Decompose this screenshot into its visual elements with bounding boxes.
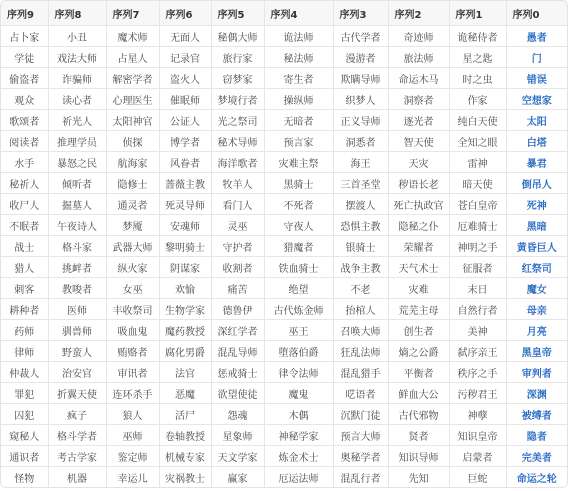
table-cell: 午夜诗人 <box>48 215 106 236</box>
table-cell: 旅法师 <box>388 47 449 68</box>
table-cell: 厄难骑士 <box>449 215 506 236</box>
sequence-0-cell: 白塔 <box>506 131 567 152</box>
table-cell: 猎魔者 <box>264 236 333 257</box>
table-cell: 罪犯 <box>1 383 48 404</box>
table-cell: 药师 <box>1 320 48 341</box>
table-cell: 窃梦家 <box>211 68 264 89</box>
table-cell: 梦境行者 <box>211 89 264 110</box>
table-cell: 贿赂者 <box>106 341 159 362</box>
table-cell: 暗天使 <box>449 173 506 194</box>
table-cell: 女巫 <box>106 278 159 299</box>
table-cell: 天灾 <box>388 152 449 173</box>
table-cell: 博学者 <box>159 131 211 152</box>
table-cell: 守夜人 <box>264 215 333 236</box>
table-cell: 寄生者 <box>264 68 333 89</box>
table-cell: 狼人 <box>106 404 159 425</box>
table-cell: 生物学家 <box>159 299 211 320</box>
table-cell: 堕落伯爵 <box>264 341 333 362</box>
table-cell: 占星人 <box>106 47 159 68</box>
table-row: 窥秘人格斗学者巫师卷轴教授星象师神秘学家预言大师贤者知识皇帝隐者 <box>1 425 567 446</box>
table-cell: 幸运儿 <box>106 467 159 488</box>
table-cell: 全知之眼 <box>449 131 506 152</box>
table-cell: 律令法师 <box>264 362 333 383</box>
table-cell: 折翼天使 <box>48 383 106 404</box>
table-cell: 驯兽师 <box>48 320 106 341</box>
table-cell: 不眠者 <box>1 215 48 236</box>
table-cell: 创生者 <box>388 320 449 341</box>
table-cell: 奇迹师 <box>388 26 449 47</box>
table-cell: 梦魇 <box>106 215 159 236</box>
table-cell: 沉默门徒 <box>333 404 388 425</box>
table-cell: 安魂师 <box>159 215 211 236</box>
table-cell: 贤者 <box>388 425 449 446</box>
table-cell: 荣耀者 <box>388 236 449 257</box>
table-cell: 心理医生 <box>106 89 159 110</box>
table-cell: 天文学家 <box>211 446 264 467</box>
table-cell: 混乱猎手 <box>333 362 388 383</box>
table-cell: 机器 <box>48 467 106 488</box>
table-cell: 鉴定师 <box>106 446 159 467</box>
table-cell: 德鲁伊 <box>211 299 264 320</box>
table-row: 罪犯折翼天使连环杀手恶魔欲望使徒魔鬼呓语者鲜血大公污秽君王深渊 <box>1 383 567 404</box>
table-row: 收尸人掘墓人通灵者死灵导师看门人不死者摆渡人死亡执政官苍白皇帝死神 <box>1 194 567 215</box>
table-cell: 公证人 <box>159 110 211 131</box>
table-cell: 荒芜主母 <box>388 299 449 320</box>
table-cell: 摆渡人 <box>333 194 388 215</box>
table-cell: 纵火家 <box>106 257 159 278</box>
table-cell: 美神 <box>449 320 506 341</box>
table-cell: 小丑 <box>48 26 106 47</box>
table-cell: 格斗家 <box>48 236 106 257</box>
table-cell: 诡法师 <box>264 26 333 47</box>
table-cell: 欲望使徒 <box>211 383 264 404</box>
table-row: 猎人挑衅者纵火家阴谋家收割者铁血骑士战争主教天气术士征服者红祭司 <box>1 257 567 278</box>
table-cell: 海洋歌者 <box>211 152 264 173</box>
sequence-0-cell: 隐者 <box>506 425 567 446</box>
table-row: 秘祈人倾听者隐修士蔷薇主教牧羊人黑骑士三首圣堂秽语长老暗天使倒吊人 <box>1 173 567 194</box>
sequence-0-cell: 母亲 <box>506 299 567 320</box>
table-cell: 吸血鬼 <box>106 320 159 341</box>
table-cell: 不老 <box>333 278 388 299</box>
table-cell: 死亡执政官 <box>388 194 449 215</box>
table-cell: 神孽 <box>449 404 506 425</box>
sequence-0-cell: 空想家 <box>506 89 567 110</box>
table-cell: 巨蛇 <box>449 467 506 488</box>
sequence-0-cell: 深渊 <box>506 383 567 404</box>
table-cell: 秽语长老 <box>388 173 449 194</box>
table-cell: 厄运法师 <box>264 467 333 488</box>
table-cell: 看门人 <box>211 194 264 215</box>
sequence-0-cell: 门 <box>506 47 567 68</box>
table-cell: 疯子 <box>48 404 106 425</box>
table-cell: 银骑士 <box>333 236 388 257</box>
table-cell: 欢愉 <box>159 278 211 299</box>
column-header-sequence-8: 序列8 <box>48 1 106 26</box>
table-cell: 秘术导师 <box>211 131 264 152</box>
table-cell: 深红学者 <box>211 320 264 341</box>
table-row: 占卜家小丑魔术师无面人秘偶大师诡法师古代学者奇迹师诡秘侍者愚者 <box>1 26 567 47</box>
table-cell: 盗火人 <box>159 68 211 89</box>
table-cell: 怪物 <box>1 467 48 488</box>
sequence-0-cell: 错误 <box>506 68 567 89</box>
table-cell: 考古学家 <box>48 446 106 467</box>
table-cell: 星象师 <box>211 425 264 446</box>
table-cell: 时之虫 <box>449 68 506 89</box>
table-cell: 漫游者 <box>333 47 388 68</box>
table-cell: 偷盗者 <box>1 68 48 89</box>
table-cell: 野蛮人 <box>48 341 106 362</box>
table-cell: 太阳神官 <box>106 110 159 131</box>
table-cell: 治安官 <box>48 362 106 383</box>
table-row: 囚犯疯子狼人活尸怨魂木偶沉默门徒古代邪物神孽被缚者 <box>1 404 567 425</box>
table-cell: 知识导师 <box>388 446 449 467</box>
table-row: 耕种者医师丰收祭司生物学家德鲁伊古代炼金师抬棺人荒芜主母自然行者母亲 <box>1 299 567 320</box>
table-cell: 预言大师 <box>333 425 388 446</box>
table-cell: 欺瞒导师 <box>333 68 388 89</box>
table-cell: 征服者 <box>449 257 506 278</box>
column-header-sequence-7: 序列7 <box>106 1 159 26</box>
sequence-0-cell: 黑皇帝 <box>506 341 567 362</box>
table-cell: 催眠师 <box>159 89 211 110</box>
column-header-sequence-9: 序列9 <box>1 1 48 26</box>
table-cell: 秘法师 <box>264 47 333 68</box>
table-cell: 诡秘侍者 <box>449 26 506 47</box>
sequence-0-cell: 完美者 <box>506 446 567 467</box>
table-cell: 古代炼金师 <box>264 299 333 320</box>
table-cell: 戏法大师 <box>48 47 106 68</box>
table-row: 通识者考古学家鉴定师机械专家天文学家炼金术士奥秘学者知识导师启蒙者完美者 <box>1 446 567 467</box>
table-cell: 逐光者 <box>388 110 449 131</box>
column-header-sequence-4: 序列4 <box>264 1 333 26</box>
table-cell: 光之祭司 <box>211 110 264 131</box>
table-cell: 审讯者 <box>106 362 159 383</box>
table-cell: 收尸人 <box>1 194 48 215</box>
table-cell: 秘祈人 <box>1 173 48 194</box>
sequence-0-cell: 倒吊人 <box>506 173 567 194</box>
sequence-0-cell: 命运之轮 <box>506 467 567 488</box>
table-row: 阅读者推理学员侦探博学者秘术导师预言家洞悉者智天使全知之眼白塔 <box>1 131 567 152</box>
table-cell: 痛苦 <box>211 278 264 299</box>
table-cell: 黎明骑士 <box>159 236 211 257</box>
table-cell: 巫王 <box>264 320 333 341</box>
sequence-0-cell: 暴君 <box>506 152 567 173</box>
table-cell: 腐化男爵 <box>159 341 211 362</box>
table-cell: 魔鬼 <box>264 383 333 404</box>
sequence-0-cell: 月亮 <box>506 320 567 341</box>
table-row: 仲裁人治安官审讯者法官惩戒骑士律令法师混乱猎手平衡者秩序之手审判者 <box>1 362 567 383</box>
table-cell: 洞察者 <box>388 89 449 110</box>
sequence-0-cell: 死神 <box>506 194 567 215</box>
table-cell: 战争主教 <box>333 257 388 278</box>
table-cell: 读心者 <box>48 89 106 110</box>
table-cell: 丰收祭司 <box>106 299 159 320</box>
table-cell: 知识皇帝 <box>449 425 506 446</box>
table-cell: 灾难主祭 <box>264 152 333 173</box>
sequence-0-cell: 黑暗 <box>506 215 567 236</box>
table-cell: 战士 <box>1 236 48 257</box>
table-cell: 铁血骑士 <box>264 257 333 278</box>
sequence-0-cell: 审判者 <box>506 362 567 383</box>
table-cell: 召唤大师 <box>333 320 388 341</box>
table-cell: 卷轴教授 <box>159 425 211 446</box>
table-row: 偷盗者诈骗师解密学者盗火人窃梦家寄生者欺瞒导师命运木马时之虫错误 <box>1 68 567 89</box>
table-cell: 怨魂 <box>211 404 264 425</box>
table-row: 观众读心者心理医生催眠师梦境行者操纵师织梦人洞察者作家空想家 <box>1 89 567 110</box>
table-cell: 黑骑士 <box>264 173 333 194</box>
table-cell: 平衡者 <box>388 362 449 383</box>
table-cell: 呓语者 <box>333 383 388 404</box>
table-cell: 神明之手 <box>449 236 506 257</box>
table-cell: 机械专家 <box>159 446 211 467</box>
table-cell: 通识者 <box>1 446 48 467</box>
table-cell: 狂乱法师 <box>333 341 388 362</box>
table-cell: 不死者 <box>264 194 333 215</box>
table-row: 战士格斗家武器大师黎明骑士守护者猎魔者银骑士荣耀者神明之手黄昏巨人 <box>1 236 567 257</box>
table-cell: 学徒 <box>1 47 48 68</box>
table-cell: 活尸 <box>159 404 211 425</box>
table-cell: 隐修士 <box>106 173 159 194</box>
table-cell: 占卜家 <box>1 26 48 47</box>
table-cell: 猎人 <box>1 257 48 278</box>
sequence-0-cell: 太阳 <box>506 110 567 131</box>
table-cell: 星之匙 <box>449 47 506 68</box>
table-cell: 秩序之手 <box>449 362 506 383</box>
table-cell: 自然行者 <box>449 299 506 320</box>
table-cell: 无面人 <box>159 26 211 47</box>
table-cell: 混乱行者 <box>333 467 388 488</box>
table-cell: 推理学员 <box>48 131 106 152</box>
table-cell: 预言家 <box>264 131 333 152</box>
table-cell: 武器大师 <box>106 236 159 257</box>
table-row: 学徒戏法大师占星人记录官旅行家秘法师漫游者旅法师星之匙门 <box>1 47 567 68</box>
table-cell: 苍白皇帝 <box>449 194 506 215</box>
table-cell: 囚犯 <box>1 404 48 425</box>
table-cell: 木偶 <box>264 404 333 425</box>
table-cell: 解密学者 <box>106 68 159 89</box>
table-cell: 三首圣堂 <box>333 173 388 194</box>
table-cell: 掘墓人 <box>48 194 106 215</box>
column-header-sequence-1: 序列1 <box>449 1 506 26</box>
table-cell: 天气术士 <box>388 257 449 278</box>
table-cell: 蔷薇主教 <box>159 173 211 194</box>
table-cell: 挑衅者 <box>48 257 106 278</box>
table-cell: 混乱导师 <box>211 341 264 362</box>
table-cell: 隐秘之仆 <box>388 215 449 236</box>
table-cell: 阴谋家 <box>159 257 211 278</box>
column-header-sequence-6: 序列6 <box>159 1 211 26</box>
table-cell: 海王 <box>333 152 388 173</box>
table-cell: 灾祸教士 <box>159 467 211 488</box>
table-row: 歌颂者祈光人太阳神官公证人光之祭司无暗者正义导师逐光者纯白天使太阳 <box>1 110 567 131</box>
table-cell: 启蒙者 <box>449 446 506 467</box>
sequence-0-cell: 黄昏巨人 <box>506 236 567 257</box>
table-cell: 教唆者 <box>48 278 106 299</box>
table-cell: 观众 <box>1 89 48 110</box>
table-row: 律师野蛮人贿赂者腐化男爵混乱导师堕落伯爵狂乱法师熵之公爵弑序亲王黑皇帝 <box>1 341 567 362</box>
table-row: 刺客教唆者女巫欢愉痛苦绝望不老灾难末日魔女 <box>1 278 567 299</box>
pathway-table-container: 序列9序列8序列7序列6序列5序列4序列3序列2序列1序列0 占卜家小丑魔术师无… <box>0 0 568 488</box>
table-cell: 法官 <box>159 362 211 383</box>
table-cell: 正义导师 <box>333 110 388 131</box>
table-cell: 旅行家 <box>211 47 264 68</box>
table-cell: 仲裁人 <box>1 362 48 383</box>
table-cell: 熵之公爵 <box>388 341 449 362</box>
table-cell: 刺客 <box>1 278 48 299</box>
table-cell: 恶魔 <box>159 383 211 404</box>
table-cell: 格斗学者 <box>48 425 106 446</box>
table-cell: 作家 <box>449 89 506 110</box>
table-cell: 雷神 <box>449 152 506 173</box>
table-cell: 命运木马 <box>388 68 449 89</box>
table-cell: 洞悉者 <box>333 131 388 152</box>
table-body: 占卜家小丑魔术师无面人秘偶大师诡法师古代学者奇迹师诡秘侍者愚者学徒戏法大师占星人… <box>1 26 567 488</box>
table-cell: 祈光人 <box>48 110 106 131</box>
table-cell: 倾听者 <box>48 173 106 194</box>
column-header-sequence-2: 序列2 <box>388 1 449 26</box>
table-cell: 绝望 <box>264 278 333 299</box>
table-cell: 秘偶大师 <box>211 26 264 47</box>
table-cell: 纯白天使 <box>449 110 506 131</box>
table-cell: 智天使 <box>388 131 449 152</box>
table-cell: 鲜血大公 <box>388 383 449 404</box>
table-cell: 末日 <box>449 278 506 299</box>
table-cell: 收割者 <box>211 257 264 278</box>
table-cell: 连环杀手 <box>106 383 159 404</box>
table-cell: 惩戒骑士 <box>211 362 264 383</box>
table-cell: 炼金术士 <box>264 446 333 467</box>
table-cell: 灾难 <box>388 278 449 299</box>
table-cell: 古代邪物 <box>388 404 449 425</box>
pathway-sequence-table: 序列9序列8序列7序列6序列5序列4序列3序列2序列1序列0 占卜家小丑魔术师无… <box>1 1 567 487</box>
table-cell: 阅读者 <box>1 131 48 152</box>
table-cell: 窥秘人 <box>1 425 48 446</box>
table-cell: 通灵者 <box>106 194 159 215</box>
table-cell: 耕种者 <box>1 299 48 320</box>
table-row: 水手暴怒之民航海家风眷者海洋歌者灾难主祭海王天灾雷神暴君 <box>1 152 567 173</box>
sequence-0-cell: 红祭司 <box>506 257 567 278</box>
sequence-0-cell: 被缚者 <box>506 404 567 425</box>
table-cell: 诈骗师 <box>48 68 106 89</box>
table-cell: 无暗者 <box>264 110 333 131</box>
table-cell: 神秘学家 <box>264 425 333 446</box>
table-cell: 赢家 <box>211 467 264 488</box>
table-cell: 水手 <box>1 152 48 173</box>
table-cell: 灵巫 <box>211 215 264 236</box>
table-cell: 牧羊人 <box>211 173 264 194</box>
table-cell: 织梦人 <box>333 89 388 110</box>
table-cell: 律师 <box>1 341 48 362</box>
table-cell: 污秽君王 <box>449 383 506 404</box>
table-row: 药师驯兽师吸血鬼魔药教授深红学者巫王召唤大师创生者美神月亮 <box>1 320 567 341</box>
column-header-sequence-3: 序列3 <box>333 1 388 26</box>
table-cell: 奥秘学者 <box>333 446 388 467</box>
table-cell: 古代学者 <box>333 26 388 47</box>
table-cell: 魔药教授 <box>159 320 211 341</box>
column-header-sequence-5: 序列5 <box>211 1 264 26</box>
table-cell: 守护者 <box>211 236 264 257</box>
table-row: 怪物机器幸运儿灾祸教士赢家厄运法师混乱行者先知巨蛇命运之轮 <box>1 467 567 488</box>
table-cell: 操纵师 <box>264 89 333 110</box>
column-header-sequence-0: 序列0 <box>506 1 567 26</box>
table-cell: 风眷者 <box>159 152 211 173</box>
table-cell: 死灵导师 <box>159 194 211 215</box>
header-row: 序列9序列8序列7序列6序列5序列4序列3序列2序列1序列0 <box>1 1 567 26</box>
table-cell: 歌颂者 <box>1 110 48 131</box>
sequence-0-cell: 魔女 <box>506 278 567 299</box>
table-row: 不眠者午夜诗人梦魇安魂师灵巫守夜人恐惧主教隐秘之仆厄难骑士黑暗 <box>1 215 567 236</box>
table-cell: 暴怒之民 <box>48 152 106 173</box>
table-cell: 弑序亲王 <box>449 341 506 362</box>
table-cell: 魔术师 <box>106 26 159 47</box>
table-cell: 医师 <box>48 299 106 320</box>
table-cell: 巫师 <box>106 425 159 446</box>
table-cell: 侦探 <box>106 131 159 152</box>
table-cell: 恐惧主教 <box>333 215 388 236</box>
table-cell: 先知 <box>388 467 449 488</box>
table-cell: 抬棺人 <box>333 299 388 320</box>
table-cell: 航海家 <box>106 152 159 173</box>
sequence-0-cell: 愚者 <box>506 26 567 47</box>
table-cell: 记录官 <box>159 47 211 68</box>
